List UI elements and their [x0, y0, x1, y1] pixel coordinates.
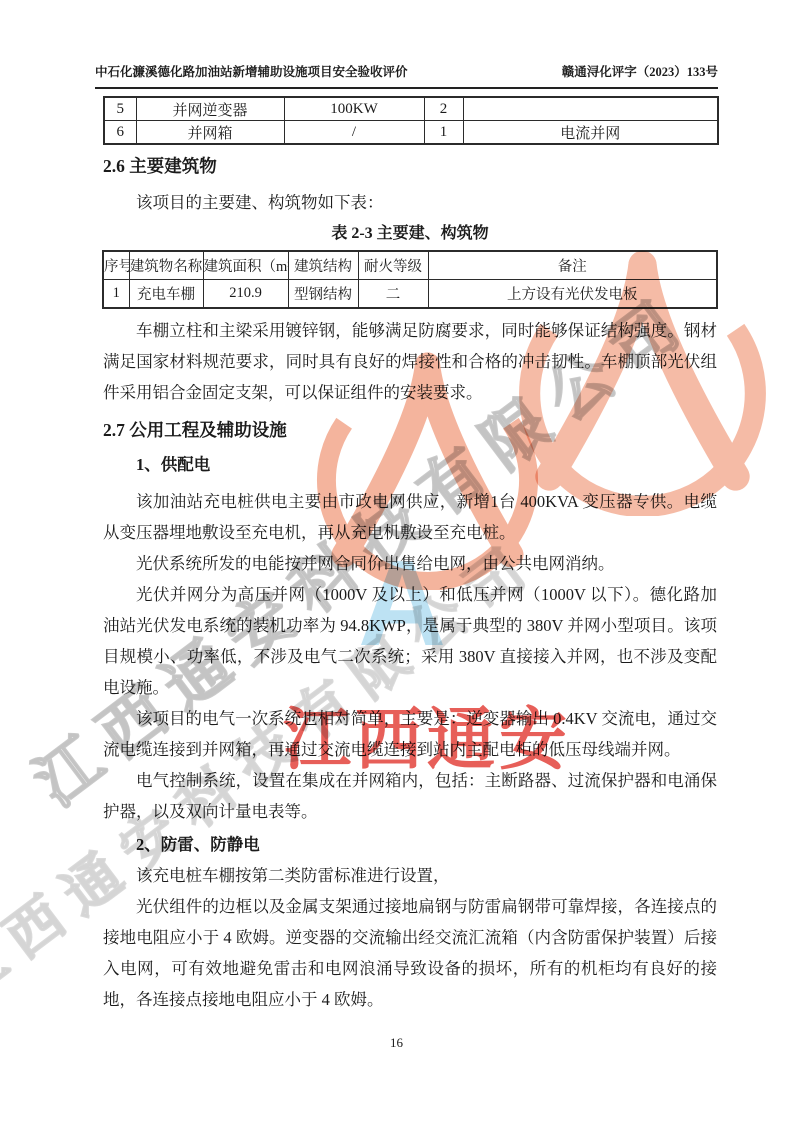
buildings-table: 序号 建筑物名称 建筑面积（m²） 建筑结构 耐火等级 备注 1 充电车棚 21…	[102, 250, 718, 309]
cell-spec: /	[284, 121, 424, 145]
page-number: 16	[0, 1035, 793, 1051]
cell-no: 5	[104, 97, 136, 121]
section-2-6-intro: 该项目的主要建、构筑物如下表：	[103, 188, 717, 217]
cell-name: 并网箱	[136, 121, 284, 145]
header-cell: 建筑面积（m²）	[203, 251, 288, 280]
equipment-table: 5 并网逆变器 100KW 2 6 并网箱 / 1 电流并网	[103, 96, 719, 145]
header-cell: 建筑物名称	[129, 251, 203, 280]
paragraph: 该项目的电气一次系统也相对简单，主要是：逆变器输出 0.4KV 交流电，通过交流…	[103, 703, 717, 765]
table-row: 5 并网逆变器 100KW 2	[104, 97, 718, 121]
section-2-6-paragraph: 车棚立柱和主梁采用镀锌钢，能够满足防腐要求，同时能够保证结构强度。钢材满足国家材…	[103, 315, 717, 408]
cell-qty: 1	[424, 121, 463, 145]
cell-fire-rating: 二	[358, 280, 428, 309]
cell-no: 6	[104, 121, 136, 145]
table-2-3-caption: 表 2-3 主要建、构筑物	[103, 221, 717, 247]
paragraph: 光伏组件的边框以及金属支架通过接地扁钢与防雷扁钢带可靠焊接，各连接点的接地电阻应…	[103, 891, 717, 1015]
header-cell: 序号	[103, 251, 129, 280]
cell-structure: 型钢结构	[288, 280, 358, 309]
paragraph: 该加油站充电桩供电主要由市政电网供应，新增1台 400KVA 变压器专供。电缆从…	[103, 486, 717, 548]
paragraph: 光伏并网分为高压并网（1000V 及以上）和低压并网（1000V 以下）。德化路…	[103, 579, 717, 703]
paragraph: 该充电桩车棚按第二类防雷标准进行设置，	[103, 860, 717, 891]
cell-note: 电流并网	[463, 121, 718, 145]
header-doc-number: 赣通浔化评字（2023）133号	[562, 62, 718, 80]
cell-name: 并网逆变器	[136, 97, 284, 121]
table-row: 6 并网箱 / 1 电流并网	[104, 121, 718, 145]
paragraph: 光伏系统所发的电能按并网合同价出售给电网，由公共电网消纳。	[103, 548, 717, 579]
header-title: 中石化濂溪德化路加油站新增辅助设施项目安全验收评价	[95, 62, 408, 80]
subsection-power-heading: 1、供配电	[103, 449, 717, 480]
subsection-lightning-heading: 2、防雷、防静电	[103, 829, 717, 860]
cell-area: 210.9	[203, 280, 288, 309]
page-header: 中石化濂溪德化路加油站新增辅助设施项目安全验收评价 赣通浔化评字（2023）13…	[95, 62, 718, 89]
cell-no: 1	[103, 280, 129, 309]
table-header-row: 序号 建筑物名称 建筑面积（m²） 建筑结构 耐火等级 备注	[103, 251, 717, 280]
section-2-6-heading: 2.6 主要建筑物	[103, 154, 717, 178]
cell-qty: 2	[424, 97, 463, 121]
header-cell: 建筑结构	[288, 251, 358, 280]
cell-note	[463, 97, 718, 121]
header-cell: 耐火等级	[358, 251, 428, 280]
cell-spec: 100KW	[284, 97, 424, 121]
document-body: 2.6 主要建筑物 该项目的主要建、构筑物如下表： 表 2-3 主要建、构筑物 …	[103, 150, 717, 1015]
cell-remark: 上方设有光伏发电板	[428, 280, 717, 309]
header-cell: 备注	[428, 251, 717, 280]
paragraph: 电气控制系统，设置在集成在并网箱内，包括：主断路器、过流保护器和电涌保护器，以及…	[103, 765, 717, 827]
cell-building-name: 充电车棚	[129, 280, 203, 309]
table-row: 1 充电车棚 210.9 型钢结构 二 上方设有光伏发电板	[103, 280, 717, 309]
section-2-7-heading: 2.7 公用工程及辅助设施	[103, 417, 717, 443]
document-page: 中石化濂溪德化路加油站新增辅助设施项目安全验收评价 赣通浔化评字（2023）13…	[0, 0, 793, 1122]
